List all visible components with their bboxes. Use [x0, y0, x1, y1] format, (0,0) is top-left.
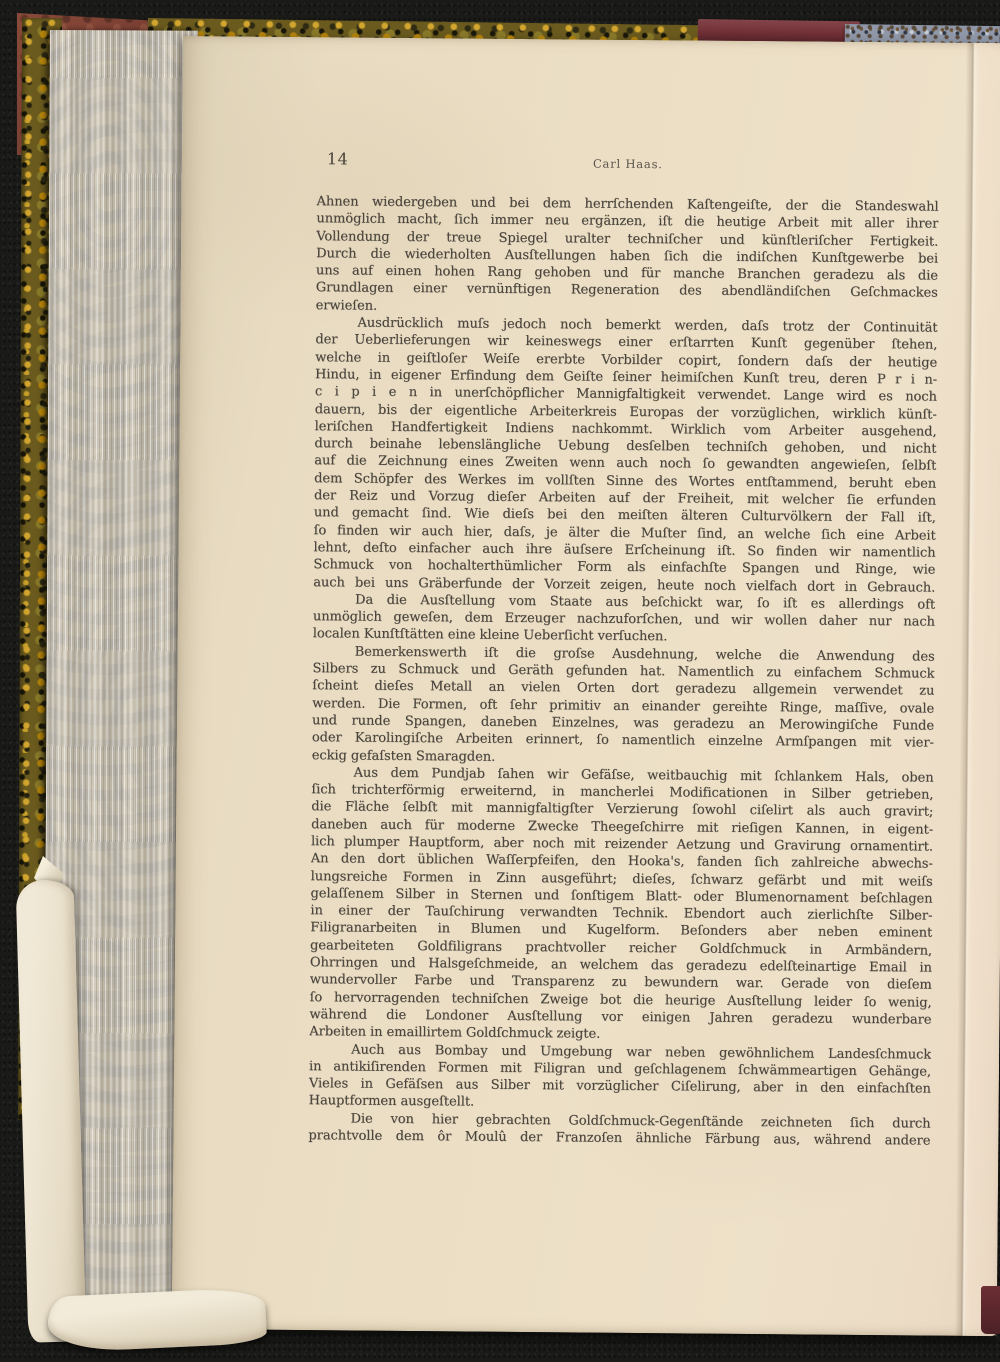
- curled-page-bottom-corner: [47, 1287, 267, 1353]
- page-header: 14 Carl Haas.: [317, 149, 939, 176]
- scanner-background: 14 Carl Haas. Ahnen wiedergeben und bei …: [0, 0, 1000, 1362]
- book-cover-bottom-right-tip: [981, 1286, 1000, 1334]
- page-number: 14: [327, 149, 349, 168]
- body-text: Ahnen wiedergeben und bei dem herrſchend…: [308, 193, 938, 1150]
- running-title: Carl Haas.: [317, 149, 939, 173]
- text-block: 14 Carl Haas. Ahnen wiedergeben und bei …: [308, 149, 939, 1150]
- book-page: 14 Carl Haas. Ahnen wiedergeben und bei …: [172, 36, 1000, 1336]
